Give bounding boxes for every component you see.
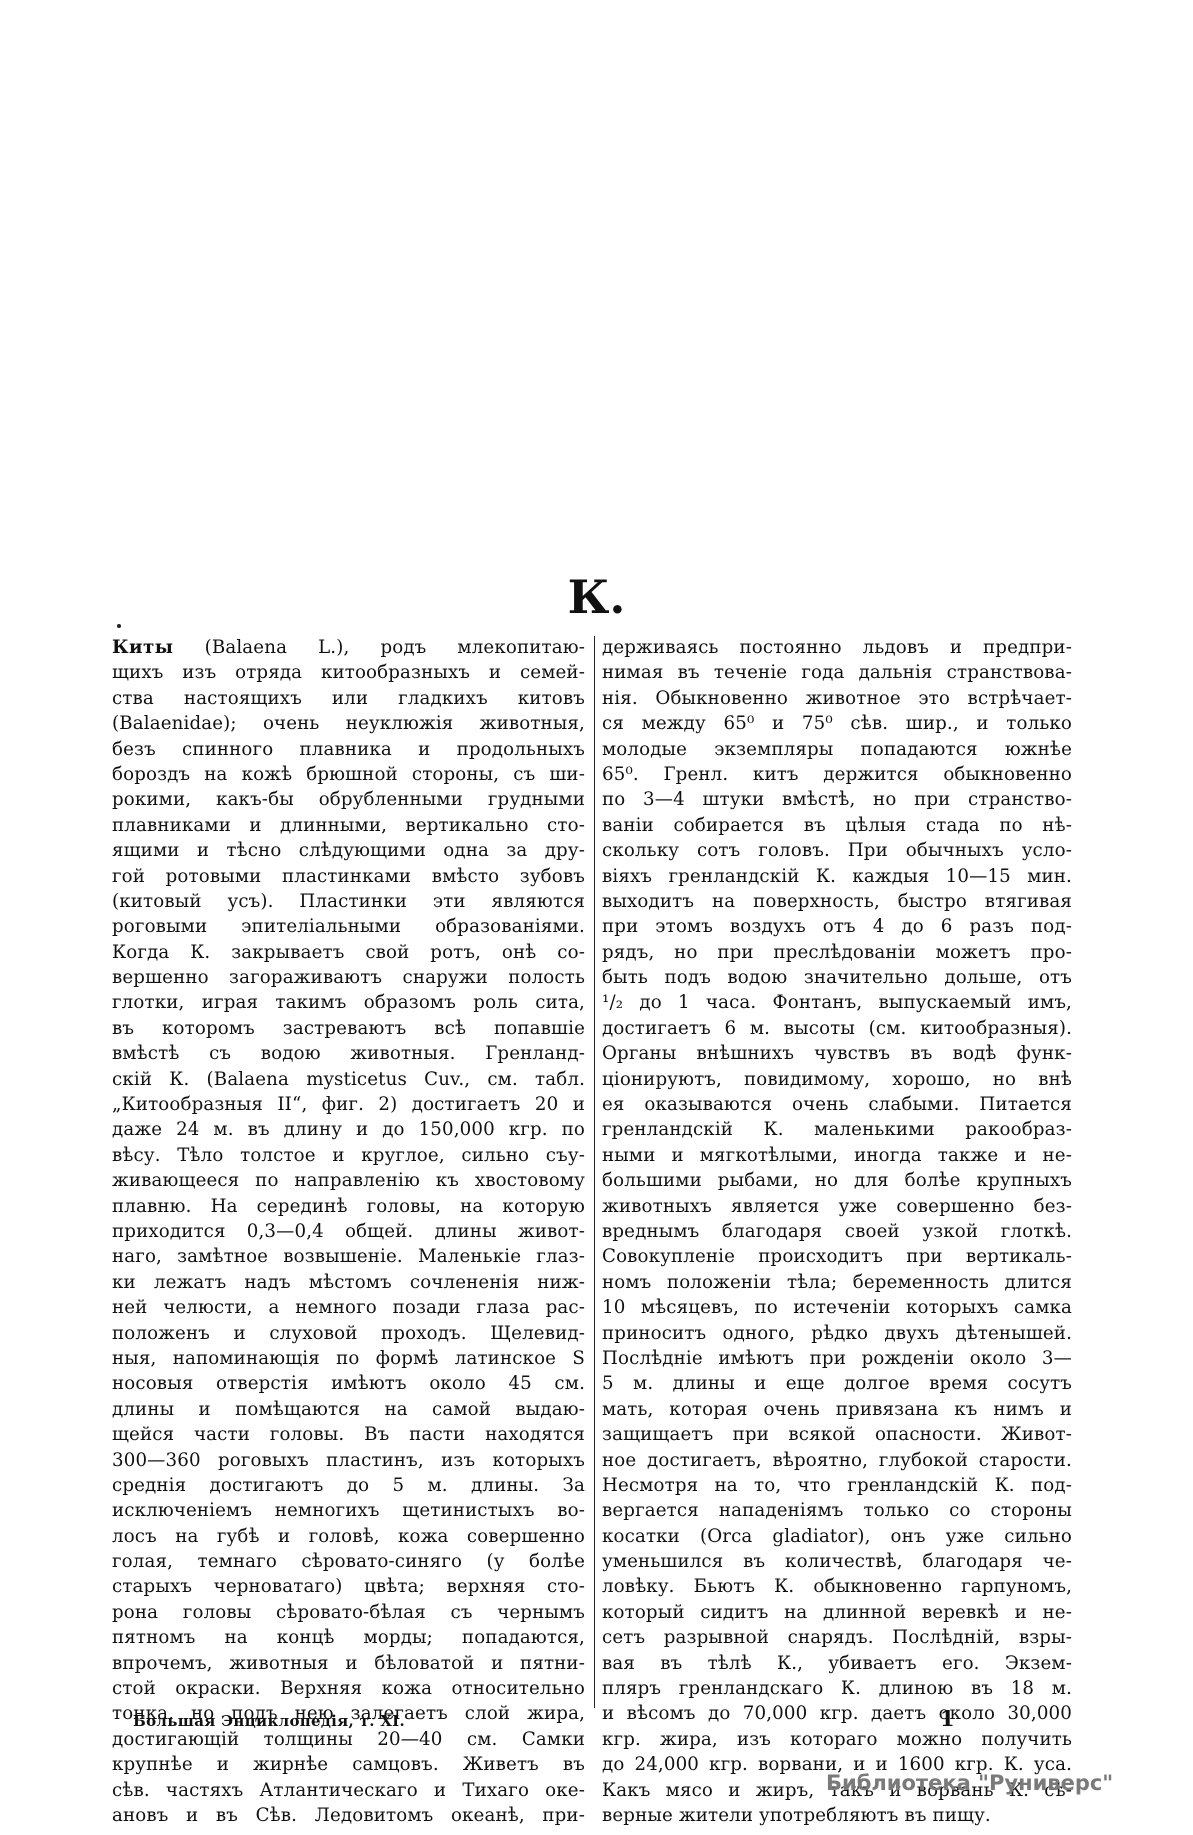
left-column: Киты (Balaena L.), родъ млекопитаю- щихъ… <box>112 635 585 1828</box>
text-line: пляръ гренландскаго К. длиною въ 18 м. <box>602 1676 1072 1701</box>
text-line: плавниками и длинными, вертикально сто- <box>112 813 585 838</box>
text-line: ными и мягкотѣлыми, иногда также и не- <box>602 1143 1072 1168</box>
text-line: вреднымъ благодаря своей узкой глоткѣ. <box>602 1219 1072 1244</box>
page-number: 1 <box>940 1706 955 1731</box>
text-line: защищаетъ при всякой опасности. Живот- <box>602 1422 1072 1447</box>
text-line: гренландскій К. маленькими ракообраз- <box>602 1117 1072 1142</box>
text-line: и вѣсомъ до 70,000 кгр. даетъ около 30,0… <box>602 1701 1072 1726</box>
text-line: ціонируютъ, повидимому, хорошо, но внѣ <box>602 1067 1072 1092</box>
text-line: ¹/₂ до 1 часа. Фонтанъ, выпускаемый имъ, <box>602 990 1072 1015</box>
column-divider <box>594 636 595 1708</box>
text-line: 10 мѣсяцевъ, по истеченіи которыхъ самка <box>602 1295 1072 1320</box>
text-line: при этомъ воздухъ отъ 4 до 6 разъ под- <box>602 914 1072 939</box>
text-line: верные жители употребляютъ въ пищу. <box>602 1803 1072 1828</box>
text-line: ное достигаетъ, вѣроятно, глубокой старо… <box>602 1448 1072 1473</box>
text-line: косатки (Orca gladiator), онъ уже сильно <box>602 1524 1072 1549</box>
text-line: носовыя отверстія имѣютъ около 45 см. <box>112 1371 585 1396</box>
library-watermark: Библиотека "Руниверс" <box>826 1771 1113 1795</box>
text-line: Когда К. закрываетъ свой ротъ, онѣ со- <box>112 940 585 965</box>
text-line: 300—360 роговыхъ пластинъ, изъ которыхъ <box>112 1448 585 1473</box>
text-line: рокими, какъ-бы обрубленными грудными <box>112 787 585 812</box>
text-line: вмѣстѣ съ водою животныя. Гренланд- <box>112 1041 585 1066</box>
text-line: скольку сотъ головъ. При обычныхъ усло- <box>602 838 1072 863</box>
text-line: держиваясь постоянно льдовъ и предпри- <box>602 635 1072 660</box>
text-line: Киты (Balaena L.), родъ млекопитаю- <box>112 635 585 660</box>
text-line: рядъ, но при преслѣдованіи можетъ про- <box>602 940 1072 965</box>
text-line: лосъ на губѣ и головѣ, кожа совершенно <box>112 1524 585 1549</box>
text-line: номъ положеніи тѣла; беременность длится <box>602 1270 1072 1295</box>
text-line: молодые экземпляры попадаются южнѣе <box>602 737 1072 762</box>
text-line: роговыми эпителіальными образованіями. <box>112 914 585 939</box>
text-line: рона головы сѣровато-бѣлая съ чернымъ <box>112 1600 585 1625</box>
text-line: животныхъ является уже совершенно без- <box>602 1194 1072 1219</box>
text-line: плавню. На серединѣ головы, на которую <box>112 1194 585 1219</box>
text-line: достигающій толщины 20—40 см. Самки <box>112 1727 585 1752</box>
text-line: крупнѣе и жирнѣе самцовъ. Живетъ въ <box>112 1752 585 1777</box>
text-line: старыхъ черноватаго) цвѣта; верхняя сто- <box>112 1574 585 1599</box>
text-line: (китовый усъ). Пластинки эти являются <box>112 889 585 914</box>
text-line: положенъ и слуховой проходъ. Щелевид- <box>112 1321 585 1346</box>
text-line: нимая въ теченіе года дальнія странствов… <box>602 660 1072 685</box>
text-line: скій К. (Balaena mysticetus Cuv., см. та… <box>112 1067 585 1092</box>
text-line: віяхъ гренландскій К. каждыя 10—15 мин. <box>602 864 1072 889</box>
text-line: длины и помѣщаются на самой выдаю- <box>112 1397 585 1422</box>
text-line: Послѣдніе имѣютъ при рожденіи около 3— <box>602 1346 1072 1371</box>
text-line: Органы внѣшнихъ чувствъ въ водѣ функ- <box>602 1041 1072 1066</box>
text-line: наго, замѣтное возвышеніе. Маленькіе гла… <box>112 1244 585 1269</box>
text-line: приноситъ одного, рѣдко двухъ дѣтенышей. <box>602 1321 1072 1346</box>
text-line: впрочемъ, животныя и бѣловатой и пятни- <box>112 1651 585 1676</box>
text-line: стой окраски. Верхняя кожа относительно <box>112 1676 585 1701</box>
text-line: ея оказываются очень слабыми. Питается <box>602 1092 1072 1117</box>
text-line: Несмотря на то, что гренландскій К. под- <box>602 1473 1072 1498</box>
text-line: достигаетъ 6 м. высоты (см. китообразныя… <box>602 1016 1072 1041</box>
text-line: ся между 65⁰ и 75⁰ сѣв. шир., и только <box>602 711 1072 736</box>
print-speck <box>117 624 121 628</box>
text-line: выходитъ на поверхность, быстро втягивая <box>602 889 1072 914</box>
text-line: безъ спинного плавника и продольныхъ <box>112 737 585 762</box>
text-line: вергается нападеніямъ только со стороны <box>602 1498 1072 1523</box>
text-line: кгр. жира, изъ котораго можно получить <box>602 1727 1072 1752</box>
text-line: ящими и тѣсно слѣдующими одна за дру- <box>112 838 585 863</box>
text-line: пятномъ на концѣ морды; попадаются, <box>112 1625 585 1650</box>
text-line: вершенно загораживаютъ снаружи полость <box>112 965 585 990</box>
signature-line: Большая Энциклопедія, т. XI. <box>133 1712 405 1730</box>
text-line: приходится 0,3—0,4 общей. длины живот- <box>112 1219 585 1244</box>
text-line: щейся части головы. Въ пасти находятся <box>112 1422 585 1447</box>
text-line: глотки, играя такимъ образомъ роль сита, <box>112 990 585 1015</box>
text-line: вая въ тѣлѣ К., убиваетъ его. Экзем- <box>602 1651 1072 1676</box>
text-line: исключеніемъ немногихъ щетинистыхъ во- <box>112 1498 585 1523</box>
text-line: уменьшился въ количествѣ, благодаря че- <box>602 1549 1072 1574</box>
text-line: мать, которая очень привязана къ нимъ и <box>602 1397 1072 1422</box>
text-line: среднія достигаютъ до 5 м. длины. За <box>112 1473 585 1498</box>
text-line: ловѣку. Бьютъ К. обыкновенно гарпуномъ, <box>602 1574 1072 1599</box>
lead-term: Киты <box>112 637 174 658</box>
text-line: „Китообразныя II“, фиг. 2) достигаетъ 20… <box>112 1092 585 1117</box>
text-line: ней челюсти, а немного позади глаза рас- <box>112 1295 585 1320</box>
text-line: въ которомъ застреваютъ всѣ попавшіе <box>112 1016 585 1041</box>
text-line: быть подъ водою значительно дольше, отъ <box>602 965 1072 990</box>
text-line: который сидитъ на длинной веревкѣ и не- <box>602 1600 1072 1625</box>
text-line: Совокупленіе происходитъ при вертикаль- <box>602 1244 1072 1269</box>
text-line: ановъ и въ Сѣв. Ледовитомъ океанѣ, при- <box>112 1803 585 1828</box>
section-letter-heading: К. <box>0 572 1193 622</box>
text-line: сетъ разрывной снарядъ. Послѣдній, взры- <box>602 1625 1072 1650</box>
text-line: 65⁰. Гренл. китъ держится обыкновенно <box>602 762 1072 787</box>
text-line: голая, темнаго сѣровато-синяго (у болѣе <box>112 1549 585 1574</box>
text-line: вѣсу. Тѣло толстое и круглое, сильно съу… <box>112 1143 585 1168</box>
text-line: даже 24 м. въ длину и до 150,000 кгр. по <box>112 1117 585 1142</box>
text-line: ныя, напоминающія по формѣ латинское S <box>112 1346 585 1371</box>
text-line: щихъ изъ отряда китообразныхъ и семей- <box>112 660 585 685</box>
text-line: сѣв. частяхъ Атлантическаго и Тихаго оке… <box>112 1778 585 1803</box>
text-line: бороздъ на кожѣ брюшной стороны, съ ши- <box>112 762 585 787</box>
right-column: держиваясь постоянно льдовъ и предпри- н… <box>602 635 1072 1828</box>
text-line: живающееся по направленію къ хвостовому <box>112 1168 585 1193</box>
text-line: (Balaenidae); очень неуклюжія животныя, <box>112 711 585 736</box>
text-line: по 3—4 штуки вмѣстѣ, но при странство- <box>602 787 1072 812</box>
text-line: ства настоящихъ или гладкихъ китовъ <box>112 686 585 711</box>
text-line: ки лежатъ надъ мѣстомъ сочлененія ниж- <box>112 1270 585 1295</box>
text-line: большими рыбами, но для болѣе крупныхъ <box>602 1168 1072 1193</box>
text-line: ваніи собирается въ цѣлыя стада по нѣ- <box>602 813 1072 838</box>
text-line: 5 м. длины и еще долгое время сосутъ <box>602 1371 1072 1396</box>
text-line: гой ротовыми пластинками вмѣсто зубовъ <box>112 864 585 889</box>
text-line: нія. Обыкновенно животное это встрѣчает- <box>602 686 1072 711</box>
